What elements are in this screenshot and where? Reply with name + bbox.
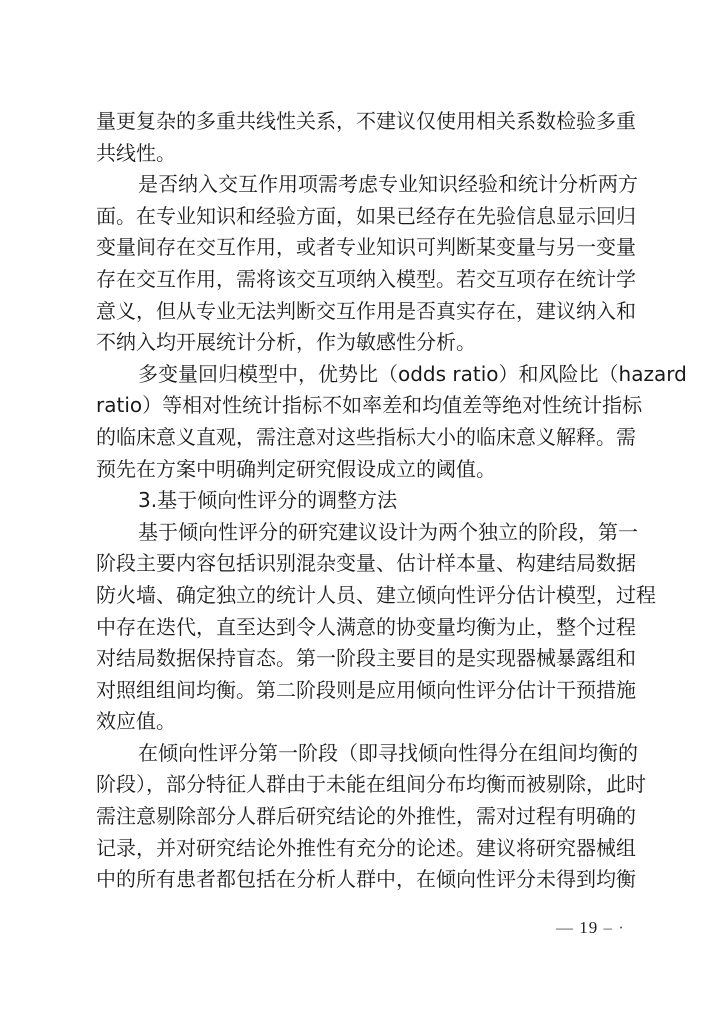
text-line: 效应值。 — [96, 706, 624, 738]
document-page: 量更复杂的多重共线性关系，不建议仅使用相关系数检验多重 共线性。 是否纳入交互作… — [0, 0, 720, 1018]
footer-dash-right: – · — [604, 918, 625, 937]
text-line: 预先在方案中明确判定研究假设成立的阈值。 — [96, 454, 624, 486]
page-number: 19 — [579, 918, 598, 937]
text-line: 变量间存在交互作用，或者专业知识可判断某变量与另一变量 — [96, 232, 624, 264]
text-line: 阶段），部分特征人群由于未能在组间分布均衡而被剔除，此时 — [96, 769, 624, 801]
body-text: 量更复杂的多重共线性关系，不建议仅使用相关系数检验多重 共线性。 是否纳入交互作… — [96, 106, 624, 896]
text-line: 阶段主要内容包括识别混杂变量、估计样本量、构建结局数据 — [96, 548, 624, 580]
text-line: 记录，并对研究结论外推性有充分的论述。建议将研究器械组 — [96, 833, 624, 865]
text-line: 共线性。 — [96, 138, 624, 170]
text-line: 对结局数据保持盲态。第一阶段主要目的是实现器械暴露组和 — [96, 643, 624, 675]
text-line: 中的所有患者都包括在分析人群中，在倾向性评分未得到均衡 — [96, 864, 624, 896]
text-line: 不纳入均开展统计分析，作为敏感性分析。 — [96, 327, 624, 359]
section-heading: 3.基于倾向性评分的调整方法 — [96, 485, 624, 517]
text-line: 的临床意义直观，需注意对这些指标大小的临床意义解释。需 — [96, 422, 624, 454]
text-line: 基于倾向性评分的研究建议设计为两个独立的阶段，第一 — [96, 517, 624, 549]
text-line: 在倾向性评分第一阶段（即寻找倾向性得分在组间均衡的 — [96, 738, 624, 770]
page-footer: — 19 – · — [556, 918, 625, 938]
text-line: 面。在专业知识和经验方面，如果已经存在先验信息显示回归 — [96, 201, 624, 233]
text-line: 存在交互作用，需将该交互项纳入模型。若交互项存在统计学 — [96, 264, 624, 296]
text-line: 中存在迭代，直至达到令人满意的协变量均衡为止，整个过程 — [96, 612, 624, 644]
text-line: 对照组组间均衡。第二阶段则是应用倾向性评分估计干预措施 — [96, 675, 624, 707]
text-line: 需注意剔除部分人群后研究结论的外推性，需对过程有明确的 — [96, 801, 624, 833]
text-line: 意义，但从专业无法判断交互作用是否真实存在，建议纳入和 — [96, 296, 624, 328]
text-line: 是否纳入交互作用项需考虑专业知识经验和统计分析两方 — [96, 169, 624, 201]
text-line: 防火墙、确定独立的统计人员、建立倾向性评分估计模型，过程 — [96, 580, 624, 612]
text-line: 量更复杂的多重共线性关系，不建议仅使用相关系数检验多重 — [96, 106, 624, 138]
text-line: 多变量回归模型中，优势比（odds ratio）和风险比（hazard — [96, 359, 624, 391]
text-line: ratio）等相对性统计指标不如率差和均值差等绝对性统计指标 — [96, 390, 624, 422]
footer-dash-left: — — [556, 918, 574, 937]
